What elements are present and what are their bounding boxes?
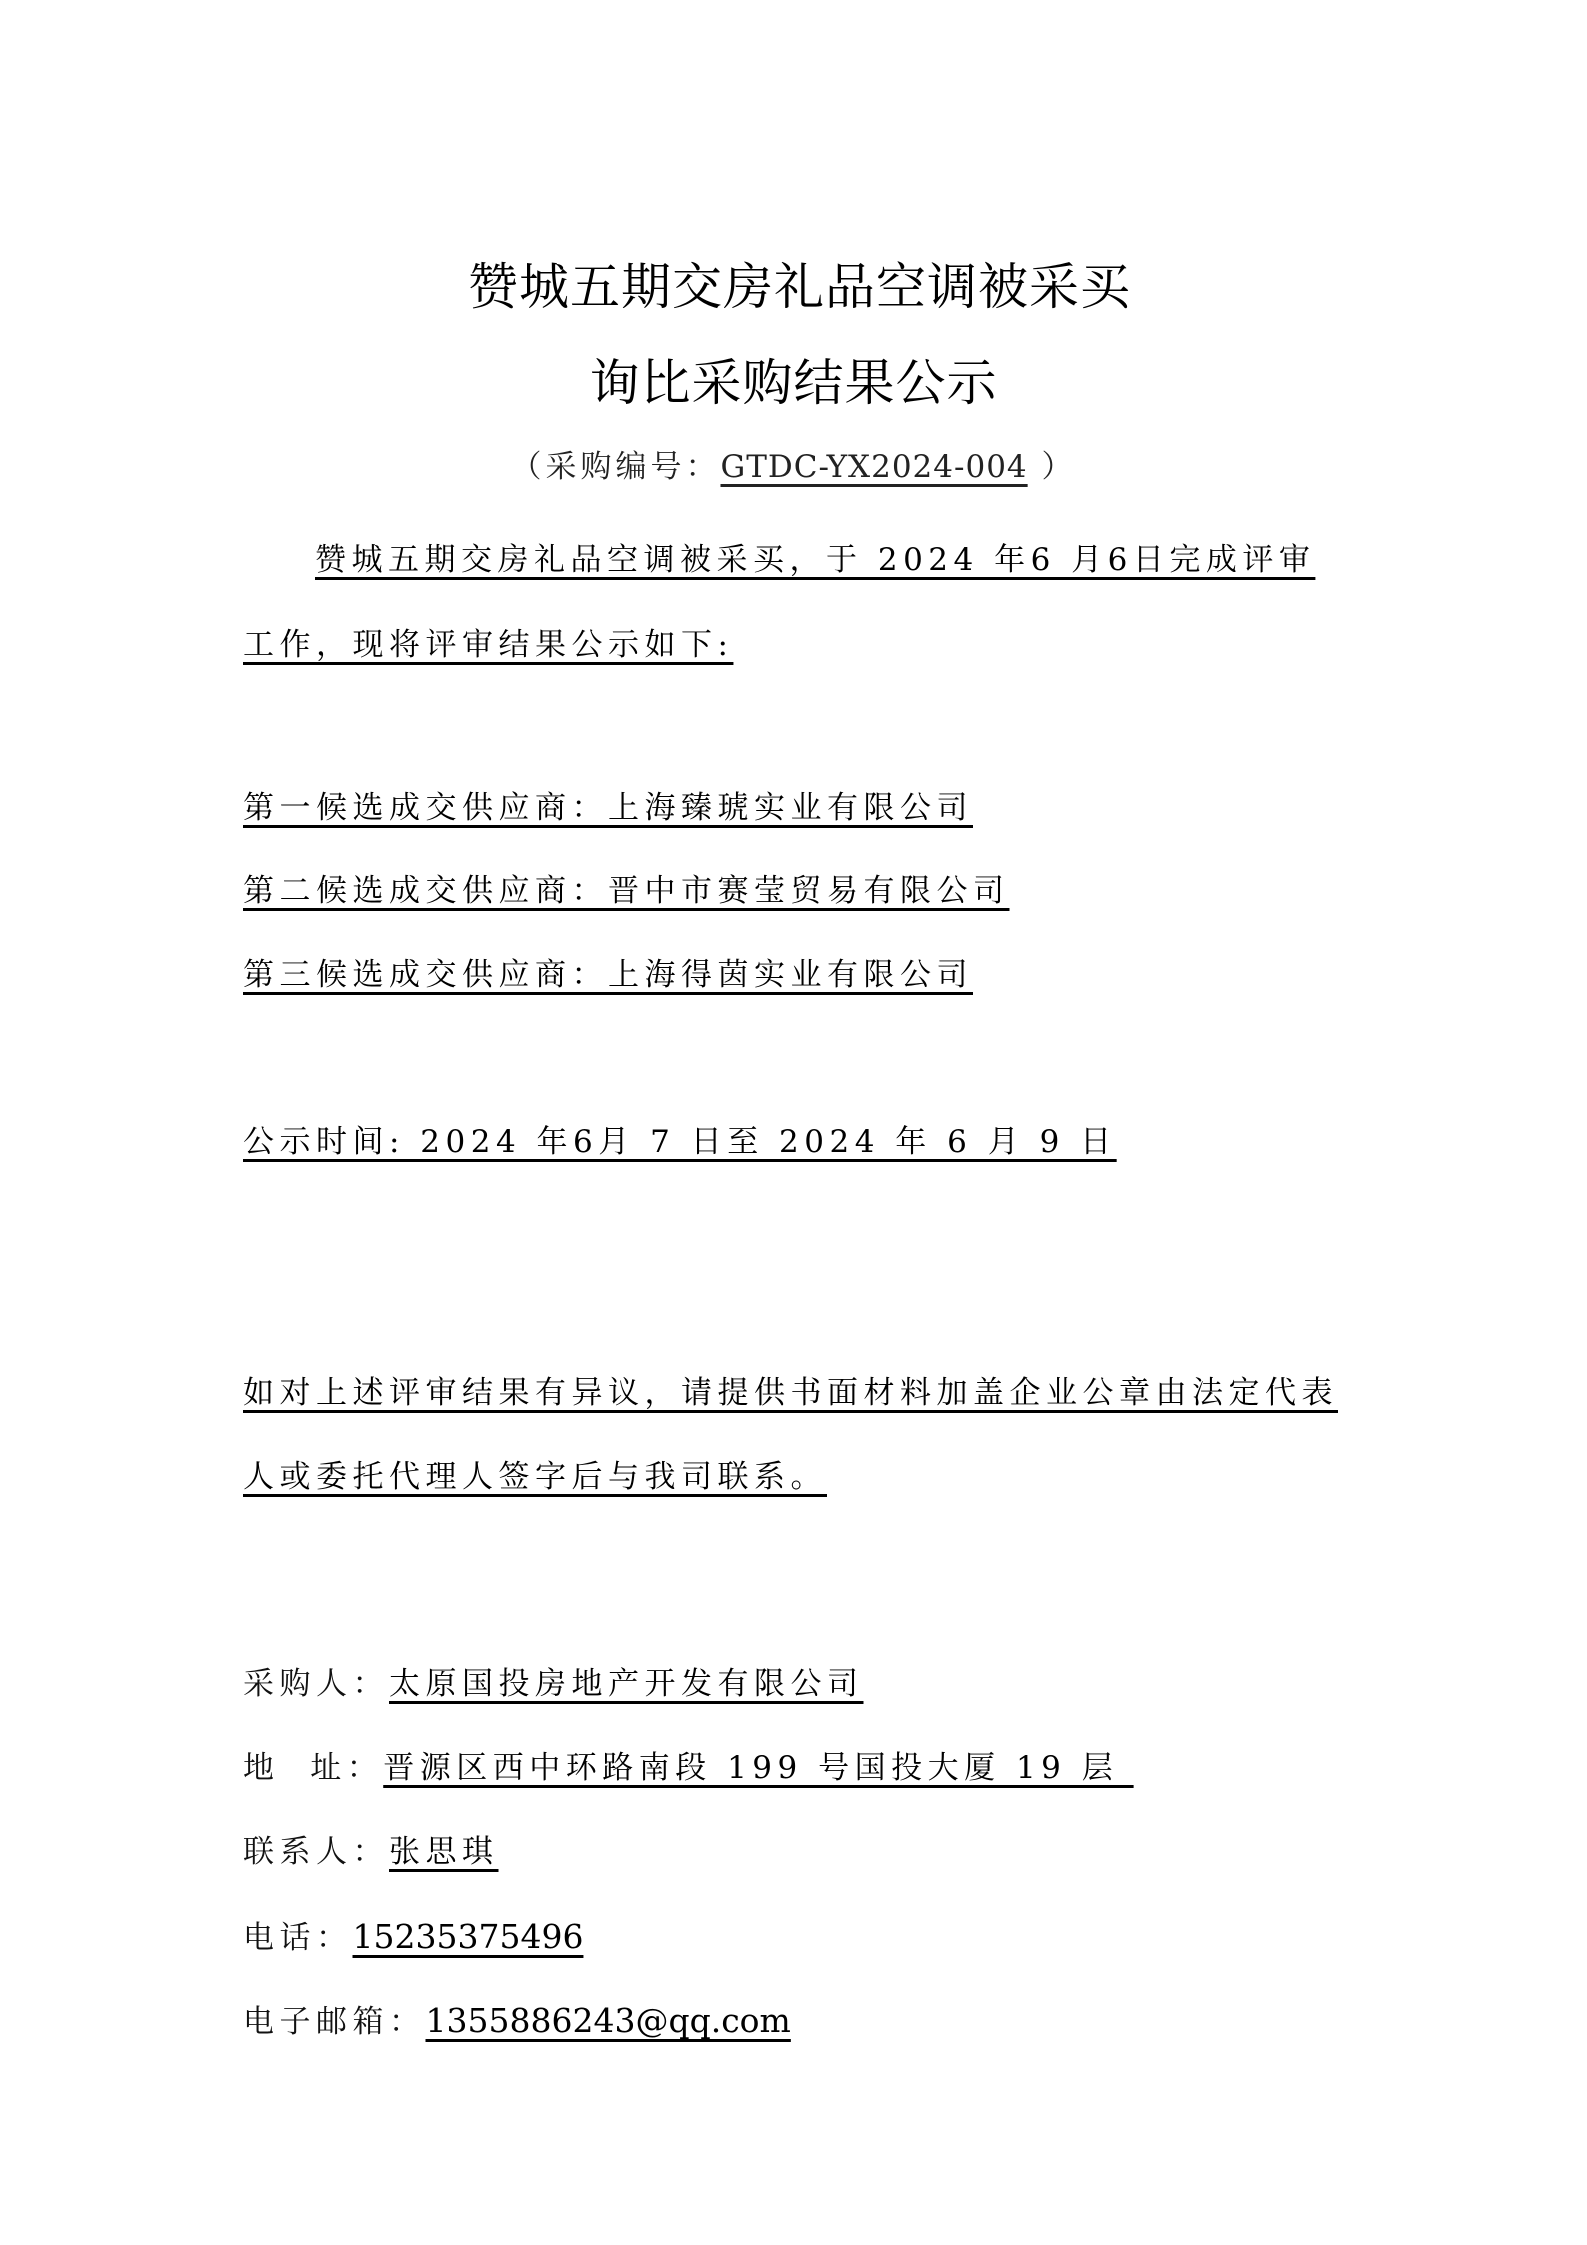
candidate-first-label: 第一候选成交供应商： (243, 790, 608, 826)
intro-line1-text: 赞城五期交房礼品空调被采买，于 2024 年6 月6日完成评审 (315, 542, 1315, 578)
candidate-second-name: 晋中市赛莹贸易有限公司 (608, 873, 1010, 909)
candidate-third: 第三候选成交供应商：上海得茵实业有限公司 (243, 960, 973, 991)
objection-paragraph-line1: 如对上述评审结果有异议，请提供书面材料加盖企业公章由法定代表 (243, 1378, 1338, 1409)
candidate-third-name: 上海得茵实业有限公司 (608, 957, 973, 993)
intro-line2-text: 工作，现将评审结果公示如下: (243, 627, 733, 663)
purchaser-label: 采购人： (243, 1666, 389, 1702)
email-label: 电子邮箱： (243, 2004, 426, 2040)
procurement-number: （采购编号：GTDC-YX2024-004 ） (0, 452, 1587, 483)
contact-person-row: 联系人：张思琪 (243, 1837, 499, 1868)
document-page: 赞城五期交房礼品空调被采买 询比采购结果公示 （采购编号：GTDC-YX2024… (0, 0, 1587, 2245)
procurement-number-value: GTDC-YX2024-004 (720, 449, 1027, 485)
candidate-first: 第一候选成交供应商：上海臻琥实业有限公司 (243, 793, 973, 824)
email-row: 电子邮箱：1355886243@qq.com (243, 2004, 791, 2038)
purchaser-row: 采购人：太原国投房地产开发有限公司 (243, 1669, 864, 1700)
intro-paragraph-line1: 赞城五期交房礼品空调被采买，于 2024 年6 月6日完成评审 (243, 545, 1315, 576)
candidate-second-label: 第二候选成交供应商： (243, 873, 608, 909)
document-title-line2: 询比采购结果公示 (0, 358, 1587, 408)
procurement-number-close-paren: ） (1028, 449, 1077, 485)
objection-line2-text: 人或委托代理人签字后与我司联系。 (243, 1459, 827, 1495)
address-row: 地 址：晋源区西中环路南段 199 号国投大厦 19 层 (243, 1753, 1134, 1784)
document-title-line1: 赞城五期交房礼品空调被采买 (0, 262, 1587, 312)
contact-person-value: 张思琪 (389, 1834, 499, 1870)
intro-paragraph-line2: 工作，现将评审结果公示如下: (243, 630, 733, 661)
contact-person-label: 联系人： (243, 1834, 389, 1870)
phone-label: 电话： (243, 1920, 353, 1956)
objection-paragraph-line2: 人或委托代理人签字后与我司联系。 (243, 1462, 827, 1493)
candidate-second: 第二候选成交供应商：晋中市赛莹贸易有限公司 (243, 876, 1010, 907)
procurement-number-label: 采购编号： (545, 449, 720, 485)
phone-value: 15235375496 (353, 1917, 584, 1956)
objection-line1-text: 如对上述评审结果有异议，请提供书面材料加盖企业公章由法定代表 (243, 1375, 1338, 1411)
publicity-period: 公示时间: 2024 年6月 7 日至 2024 年 6 月 9 日 (243, 1127, 1117, 1158)
phone-row: 电话：15235375496 (243, 1920, 583, 1954)
candidate-first-name: 上海臻琥实业有限公司 (608, 790, 973, 826)
procurement-number-open-paren: （ (510, 449, 545, 485)
email-value: 1355886243@qq.com (426, 2001, 791, 2040)
address-value: 晋源区西中环路南段 199 号国投大厦 19 层 (383, 1750, 1133, 1786)
candidate-third-label: 第三候选成交供应商： (243, 957, 608, 993)
publicity-period-text: 公示时间: 2024 年6月 7 日至 2024 年 6 月 9 日 (243, 1124, 1117, 1160)
address-label: 地 址： (243, 1750, 383, 1786)
purchaser-value: 太原国投房地产开发有限公司 (389, 1666, 864, 1702)
